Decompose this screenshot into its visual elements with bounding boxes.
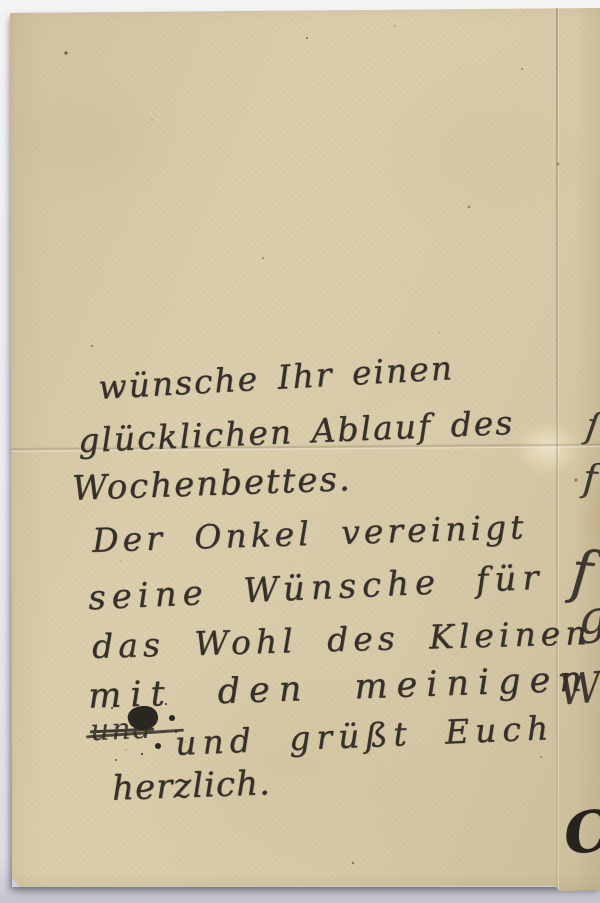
vertical-fold-crease [556, 8, 558, 891]
letter-line-8: und grüßt Euch [174, 708, 554, 763]
foxing-specks [0, 0, 2, 2]
letter-line-2: glücklichen Ablauf des [77, 403, 515, 460]
ink-stroke-fragment-right-edge-1: ſ [583, 405, 600, 447]
letter-line-5: seine Wünsche für [87, 558, 545, 619]
ink-blot-splatter [140, 720, 144, 724]
letter-page: wünsche Ihr einen glücklichen Ablauf des… [0, 0, 600, 903]
signature-fragment: Ce [560, 794, 600, 869]
ink-stroke-fragment-right-edge-5: W [556, 662, 600, 715]
letter-line-9: herzlich. [111, 763, 271, 809]
letter-line-7: mit den meinigen [87, 659, 591, 717]
letter-line-6: das Wohl des Kleinen [92, 613, 592, 666]
ink-stroke-fragment-right-edge-4: g [577, 589, 600, 644]
letter-line-3: Wochenbettes. [71, 459, 352, 509]
ink-stroke-fragment-right-edge-2: f [581, 456, 598, 501]
letter-line-4: Der Onkel vereinigt [91, 507, 527, 560]
letter-scan: wünsche Ihr einen glücklichen Ablauf des… [0, 0, 600, 903]
letter-line-1: wünsche Ihr einen [97, 348, 455, 407]
